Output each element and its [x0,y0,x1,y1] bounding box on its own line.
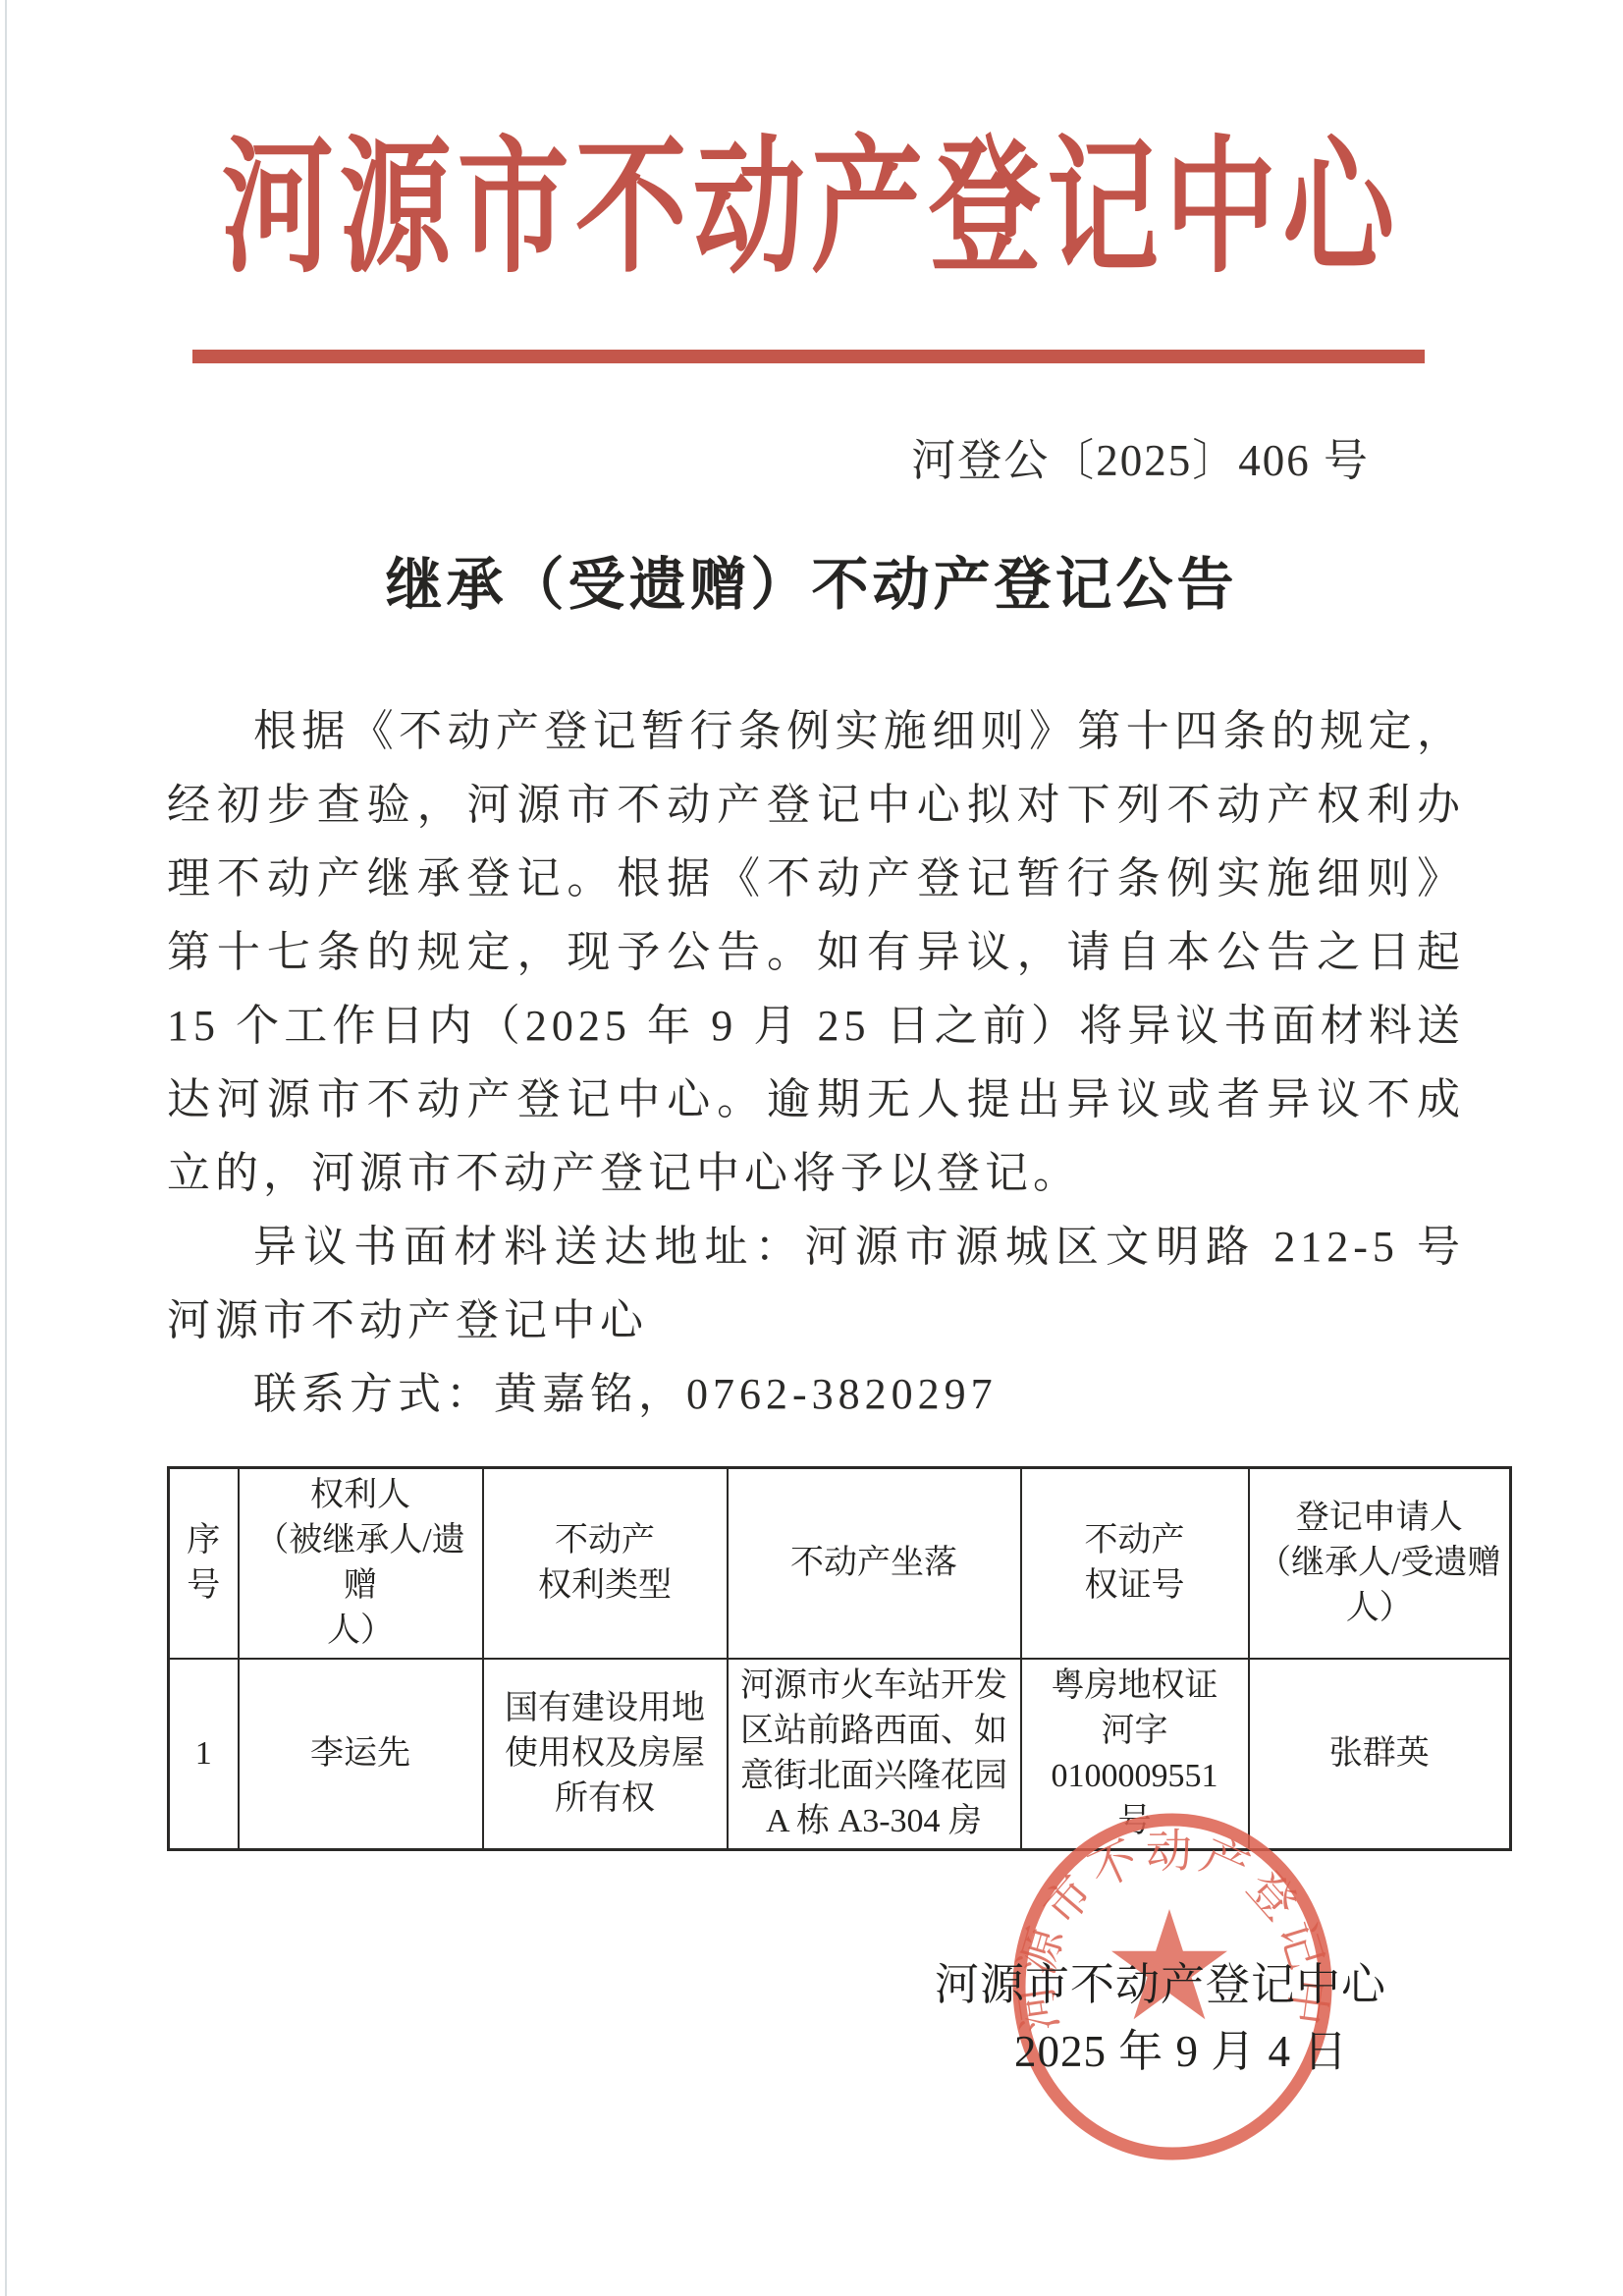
signature-org: 河源市不动产登记中心 [935,1948,1386,2012]
paragraph-address: 异议书面材料送达地址：河源市源城区文明路 212-5 号河源市不动产登记中心 [167,1210,1465,1357]
cell-rightholder: 李运先 [239,1659,483,1850]
col-header-cert-no: 不动产 权证号 [1021,1468,1249,1660]
paragraph-contact: 联系方式：黄嘉铭，0762-3820297 [167,1357,1465,1431]
doc-number: 河登公〔2025〕406 号 [911,424,1370,488]
registration-table: 序 号 权利人 （被继承人/遗赠 人） 不动产 权利类型 不动产坐落 不动产 权… [167,1466,1512,1851]
col-header-applicant: 登记申请人 （继承人/受遗赠 人） [1249,1468,1511,1660]
paragraph-main: 根据《不动产登记暂行条例实施细则》第十四条的规定，经初步查验，河源市不动产登记中… [167,694,1465,1210]
page-title: 继承（受遗赠）不动产登记公告 [0,538,1623,621]
col-header-location: 不动产坐落 [728,1468,1021,1660]
letterhead-title: 河源市不动产登记中心 [222,116,1401,302]
col-header-right-type: 不动产 权利类型 [483,1468,728,1660]
letterhead: 河源市不动产登记中心 [0,116,1623,348]
col-header-seq: 序 号 [169,1468,239,1660]
cell-right-type: 国有建设用地 使用权及房屋 所有权 [483,1659,728,1850]
cell-seq: 1 [169,1659,239,1850]
col-header-rightholder: 权利人 （被继承人/遗赠 人） [239,1468,483,1660]
body-text: 根据《不动产登记暂行条例实施细则》第十四条的规定，经初步查验，河源市不动产登记中… [167,694,1465,1431]
letterhead-rule [192,350,1425,363]
cell-location: 河源市火车站开发 区站前路西面、如 意街北面兴隆花园 A 栋 A3-304 房 [728,1659,1021,1850]
signature-date: 2025 年 9 月 4 日 [1014,2015,1348,2079]
document-page: 河源市不动产登记中心 河登公〔2025〕406 号 继承（受遗赠）不动产登记公告… [0,0,1623,2296]
table-header-row: 序 号 权利人 （被继承人/遗赠 人） 不动产 权利类型 不动产坐落 不动产 权… [169,1468,1511,1660]
